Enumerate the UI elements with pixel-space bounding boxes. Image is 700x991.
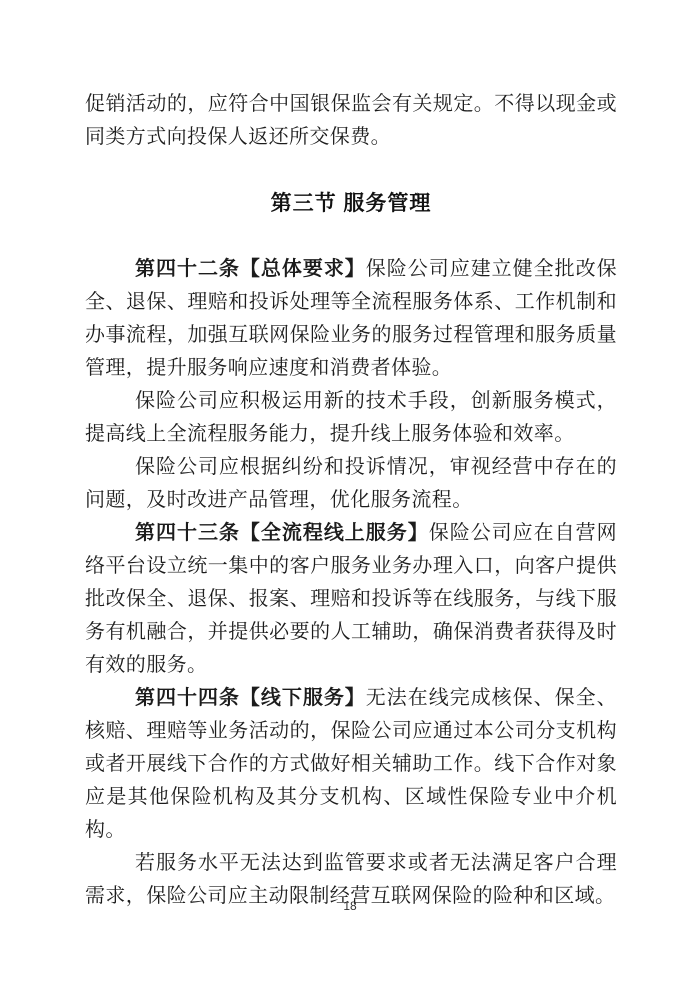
paragraph: 保险公司应积极运用新的技术手段，创新服务模式，提高线上全流程服务能力，提升线上服… — [85, 385, 617, 451]
page-number: 18 — [343, 899, 356, 913]
section-heading: 第三节 服务管理 — [85, 187, 617, 220]
document-page: 促销活动的，应符合中国银保监会有关规定。不得以现金或同类方式向投保人返还所交保费… — [0, 0, 700, 991]
paragraph-continuation: 促销活动的，应符合中国银保监会有关规定。不得以现金或同类方式向投保人返还所交保费… — [85, 88, 617, 154]
article-lead: 第四十三条【全流程线上服务】 — [135, 522, 429, 544]
paragraph-text: 无法在线完成核保、保全、核赔、理赔等业务活动的，保险公司应通过本公司分支机构或者… — [85, 687, 617, 841]
paragraph-article-44: 第四十四条【线下服务】无法在线完成核保、保全、核赔、理赔等业务活动的，保险公司应… — [85, 682, 617, 847]
paragraph-article-43: 第四十三条【全流程线上服务】保险公司应在自营网络平台设立统一集中的客户服务业务办… — [85, 517, 617, 682]
paragraph-text: 保险公司应根据纠纷和投诉情况，审视经营中存在的问题，及时改进产品管理，优化服务流… — [85, 456, 617, 511]
page-footer: 18 — [0, 897, 700, 915]
paragraph-text: 促销活动的，应符合中国银保监会有关规定。不得以现金或同类方式向投保人返还所交保费… — [85, 93, 617, 148]
article-lead: 第四十二条【总体要求】 — [135, 258, 366, 280]
document-content: 促销活动的，应符合中国银保监会有关规定。不得以现金或同类方式向投保人返还所交保费… — [85, 88, 617, 913]
paragraph-article-42: 第四十二条【总体要求】保险公司应建立健全批改保全、退保、理赔和投诉处理等全流程服… — [85, 253, 617, 385]
article-lead: 第四十四条【线下服务】 — [135, 687, 366, 709]
paragraph: 保险公司应根据纠纷和投诉情况，审视经营中存在的问题，及时改进产品管理，优化服务流… — [85, 451, 617, 517]
paragraph-text: 保险公司应积极运用新的技术手段，创新服务模式，提高线上全流程服务能力，提升线上服… — [85, 390, 617, 445]
paragraph-text: 保险公司应在自营网络平台设立统一集中的客户服务业务办理入口，向客户提供批改保全、… — [85, 522, 617, 676]
